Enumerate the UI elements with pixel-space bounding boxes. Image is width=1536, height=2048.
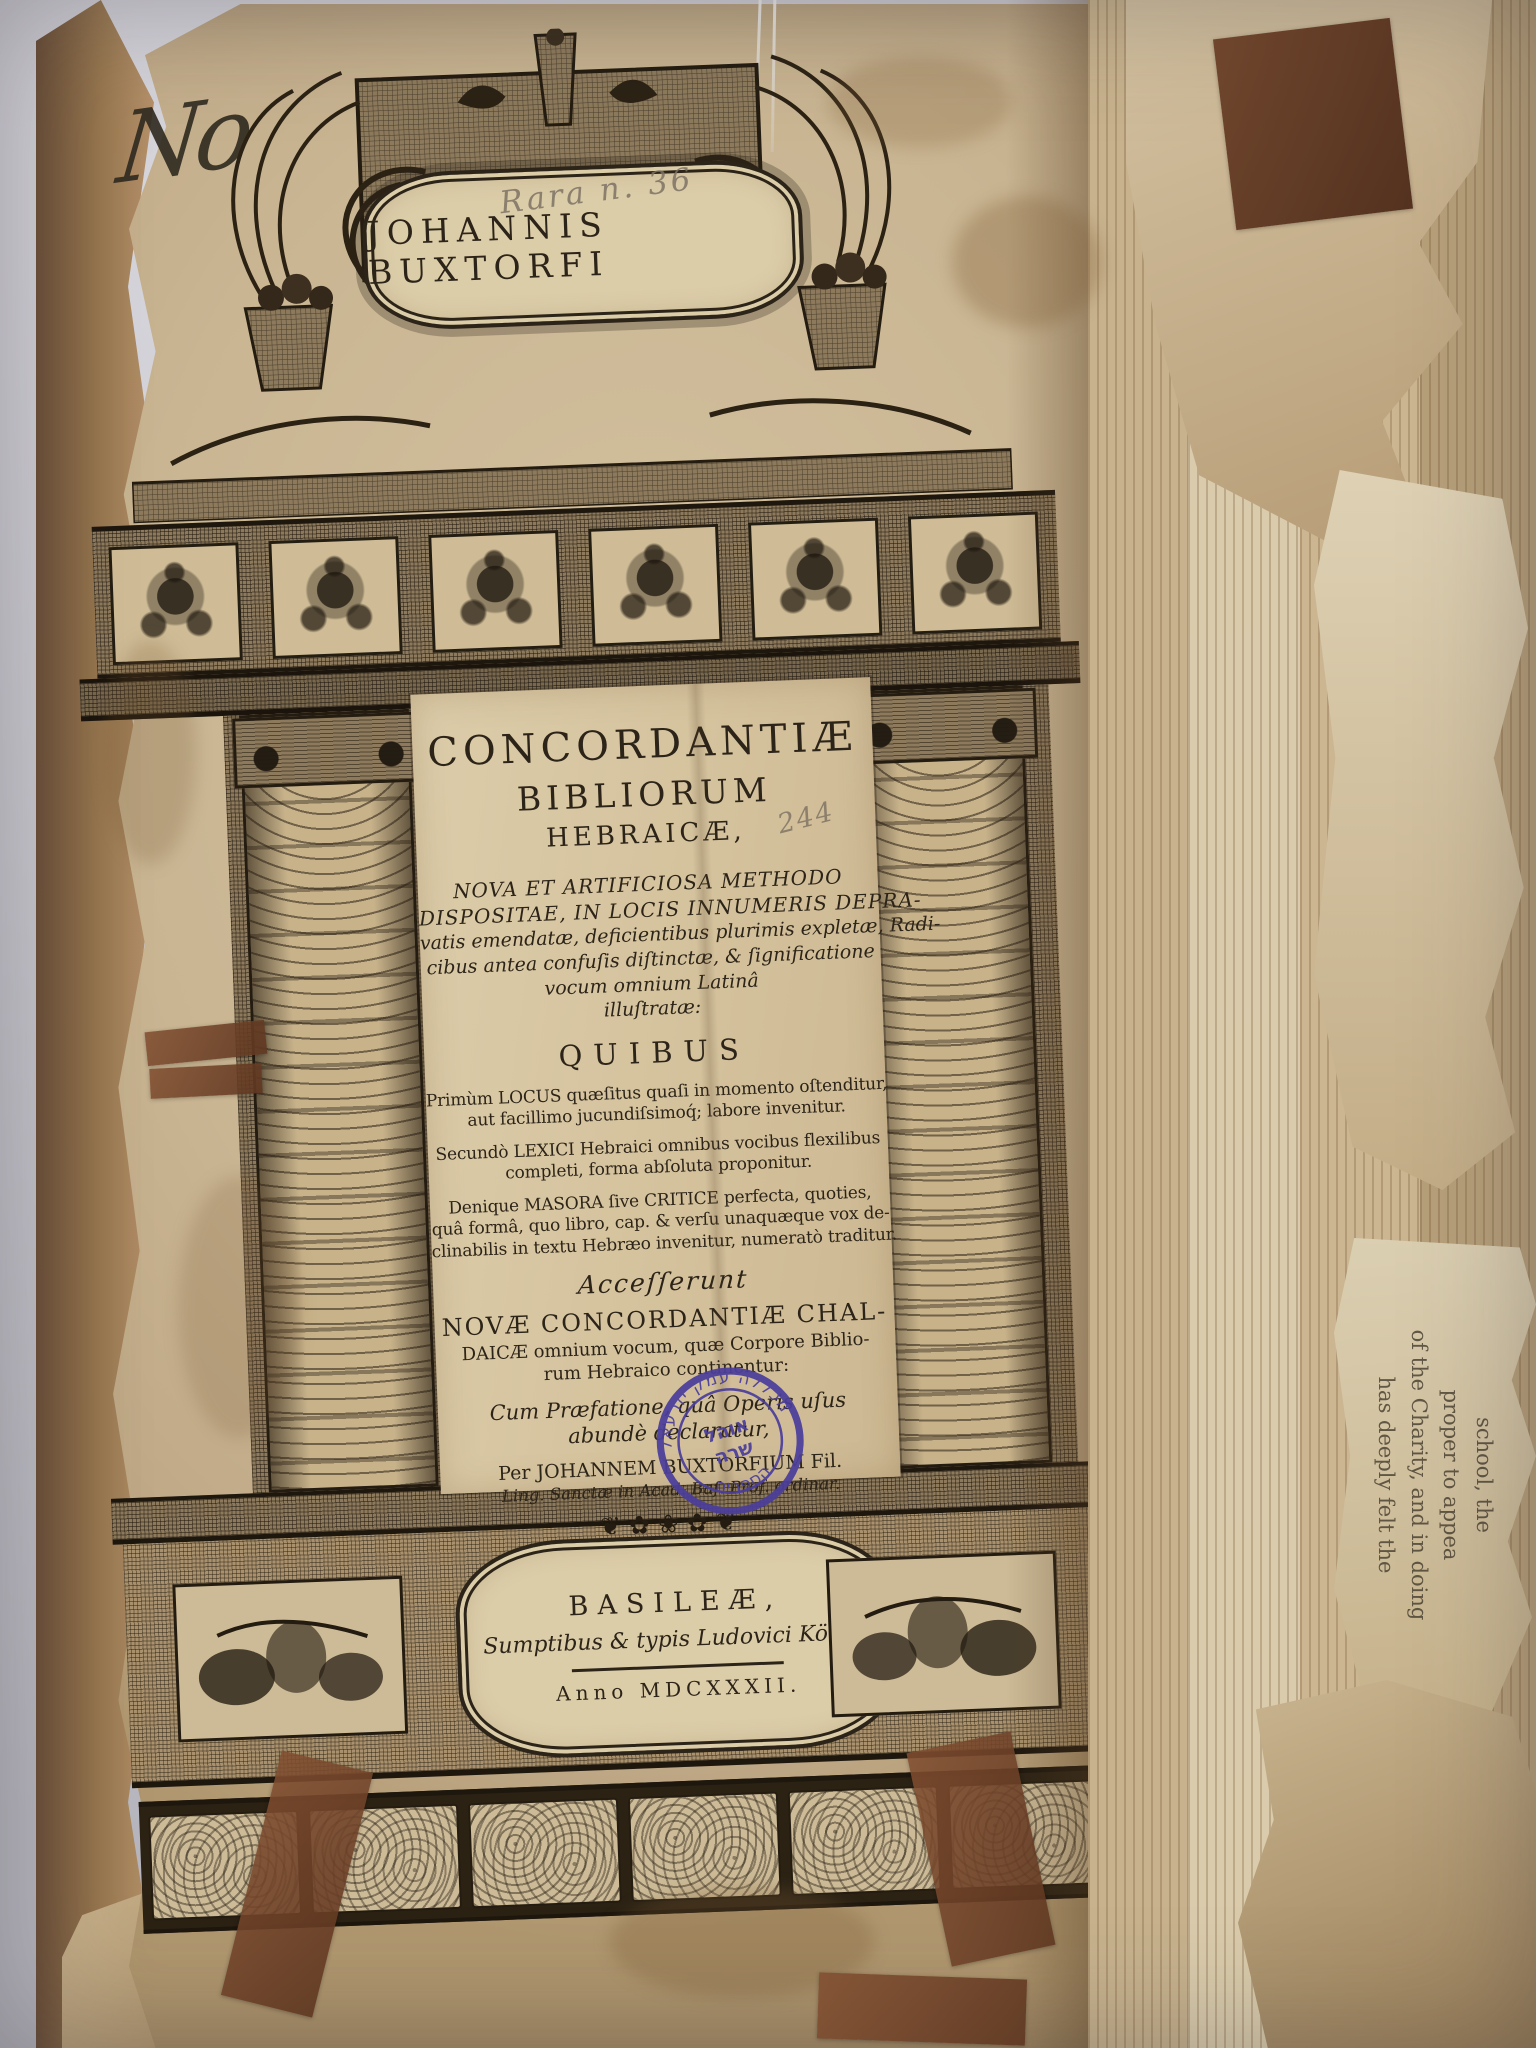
stain xyxy=(952,196,1102,328)
urn-left xyxy=(245,305,334,390)
stain xyxy=(178,1176,300,1438)
tape-repair xyxy=(817,1972,1027,2045)
carved-panel xyxy=(588,524,722,647)
fruit-relief-left xyxy=(172,1576,408,1743)
fragment-text: school, the proper to appea of the Chari… xyxy=(1370,1255,1500,1695)
fragment-line: school, the xyxy=(1468,1255,1501,1695)
palm-frond-left xyxy=(228,72,367,299)
tape-repair xyxy=(149,1063,262,1099)
fragment-line: has deeply felt the xyxy=(1370,1255,1403,1695)
carved-panel xyxy=(108,542,242,665)
garland xyxy=(170,395,971,464)
imprint-place: BASILEÆ, xyxy=(568,1583,783,1622)
imprint-publisher: Sumptibus & typis Ludovici König. xyxy=(483,1620,871,1660)
stone-block xyxy=(468,1798,622,1909)
carved-panel xyxy=(268,536,402,659)
tape-repair xyxy=(1213,18,1413,230)
author-name: JOHANNIS BUXTORFI xyxy=(366,198,801,293)
imprint-rule xyxy=(572,1661,784,1672)
engraved-title-frame: JOHANNIS BUXTORFI Rara n. 36 CONCORDANTI… xyxy=(55,10,1129,1982)
page-edge-stack: school, the proper to appea of the Chari… xyxy=(1088,0,1536,2048)
fragment-line: of the Charity, and in doing xyxy=(1402,1255,1435,1695)
carved-panel xyxy=(428,530,562,653)
stain xyxy=(104,640,196,864)
letterpress-panel: CONCORDANTIÆ BIBLIORUM HEBRAICÆ, 244 NOV… xyxy=(410,677,900,1494)
fragment-line: proper to appea xyxy=(1435,1255,1468,1695)
torn-printed-fragment: school, the proper to appea of the Chari… xyxy=(1334,1238,1536,1712)
fruit-cluster-icon xyxy=(175,1579,405,1739)
urn-right xyxy=(799,284,888,369)
stain xyxy=(828,56,1012,148)
quibus-heading: QUIBUS xyxy=(424,1028,885,1079)
photo-of-book: No xyxy=(0,0,1536,2048)
torn-flap xyxy=(1314,470,1528,1190)
title-line-3-text: HEBRAICÆ, xyxy=(546,816,747,854)
title-line-1: CONCORDANTIÆ xyxy=(410,677,873,777)
carved-panel xyxy=(748,518,882,641)
torn-flap xyxy=(1238,1680,1536,2048)
imprint-year: Anno MDCXXXII. xyxy=(556,1672,802,1705)
